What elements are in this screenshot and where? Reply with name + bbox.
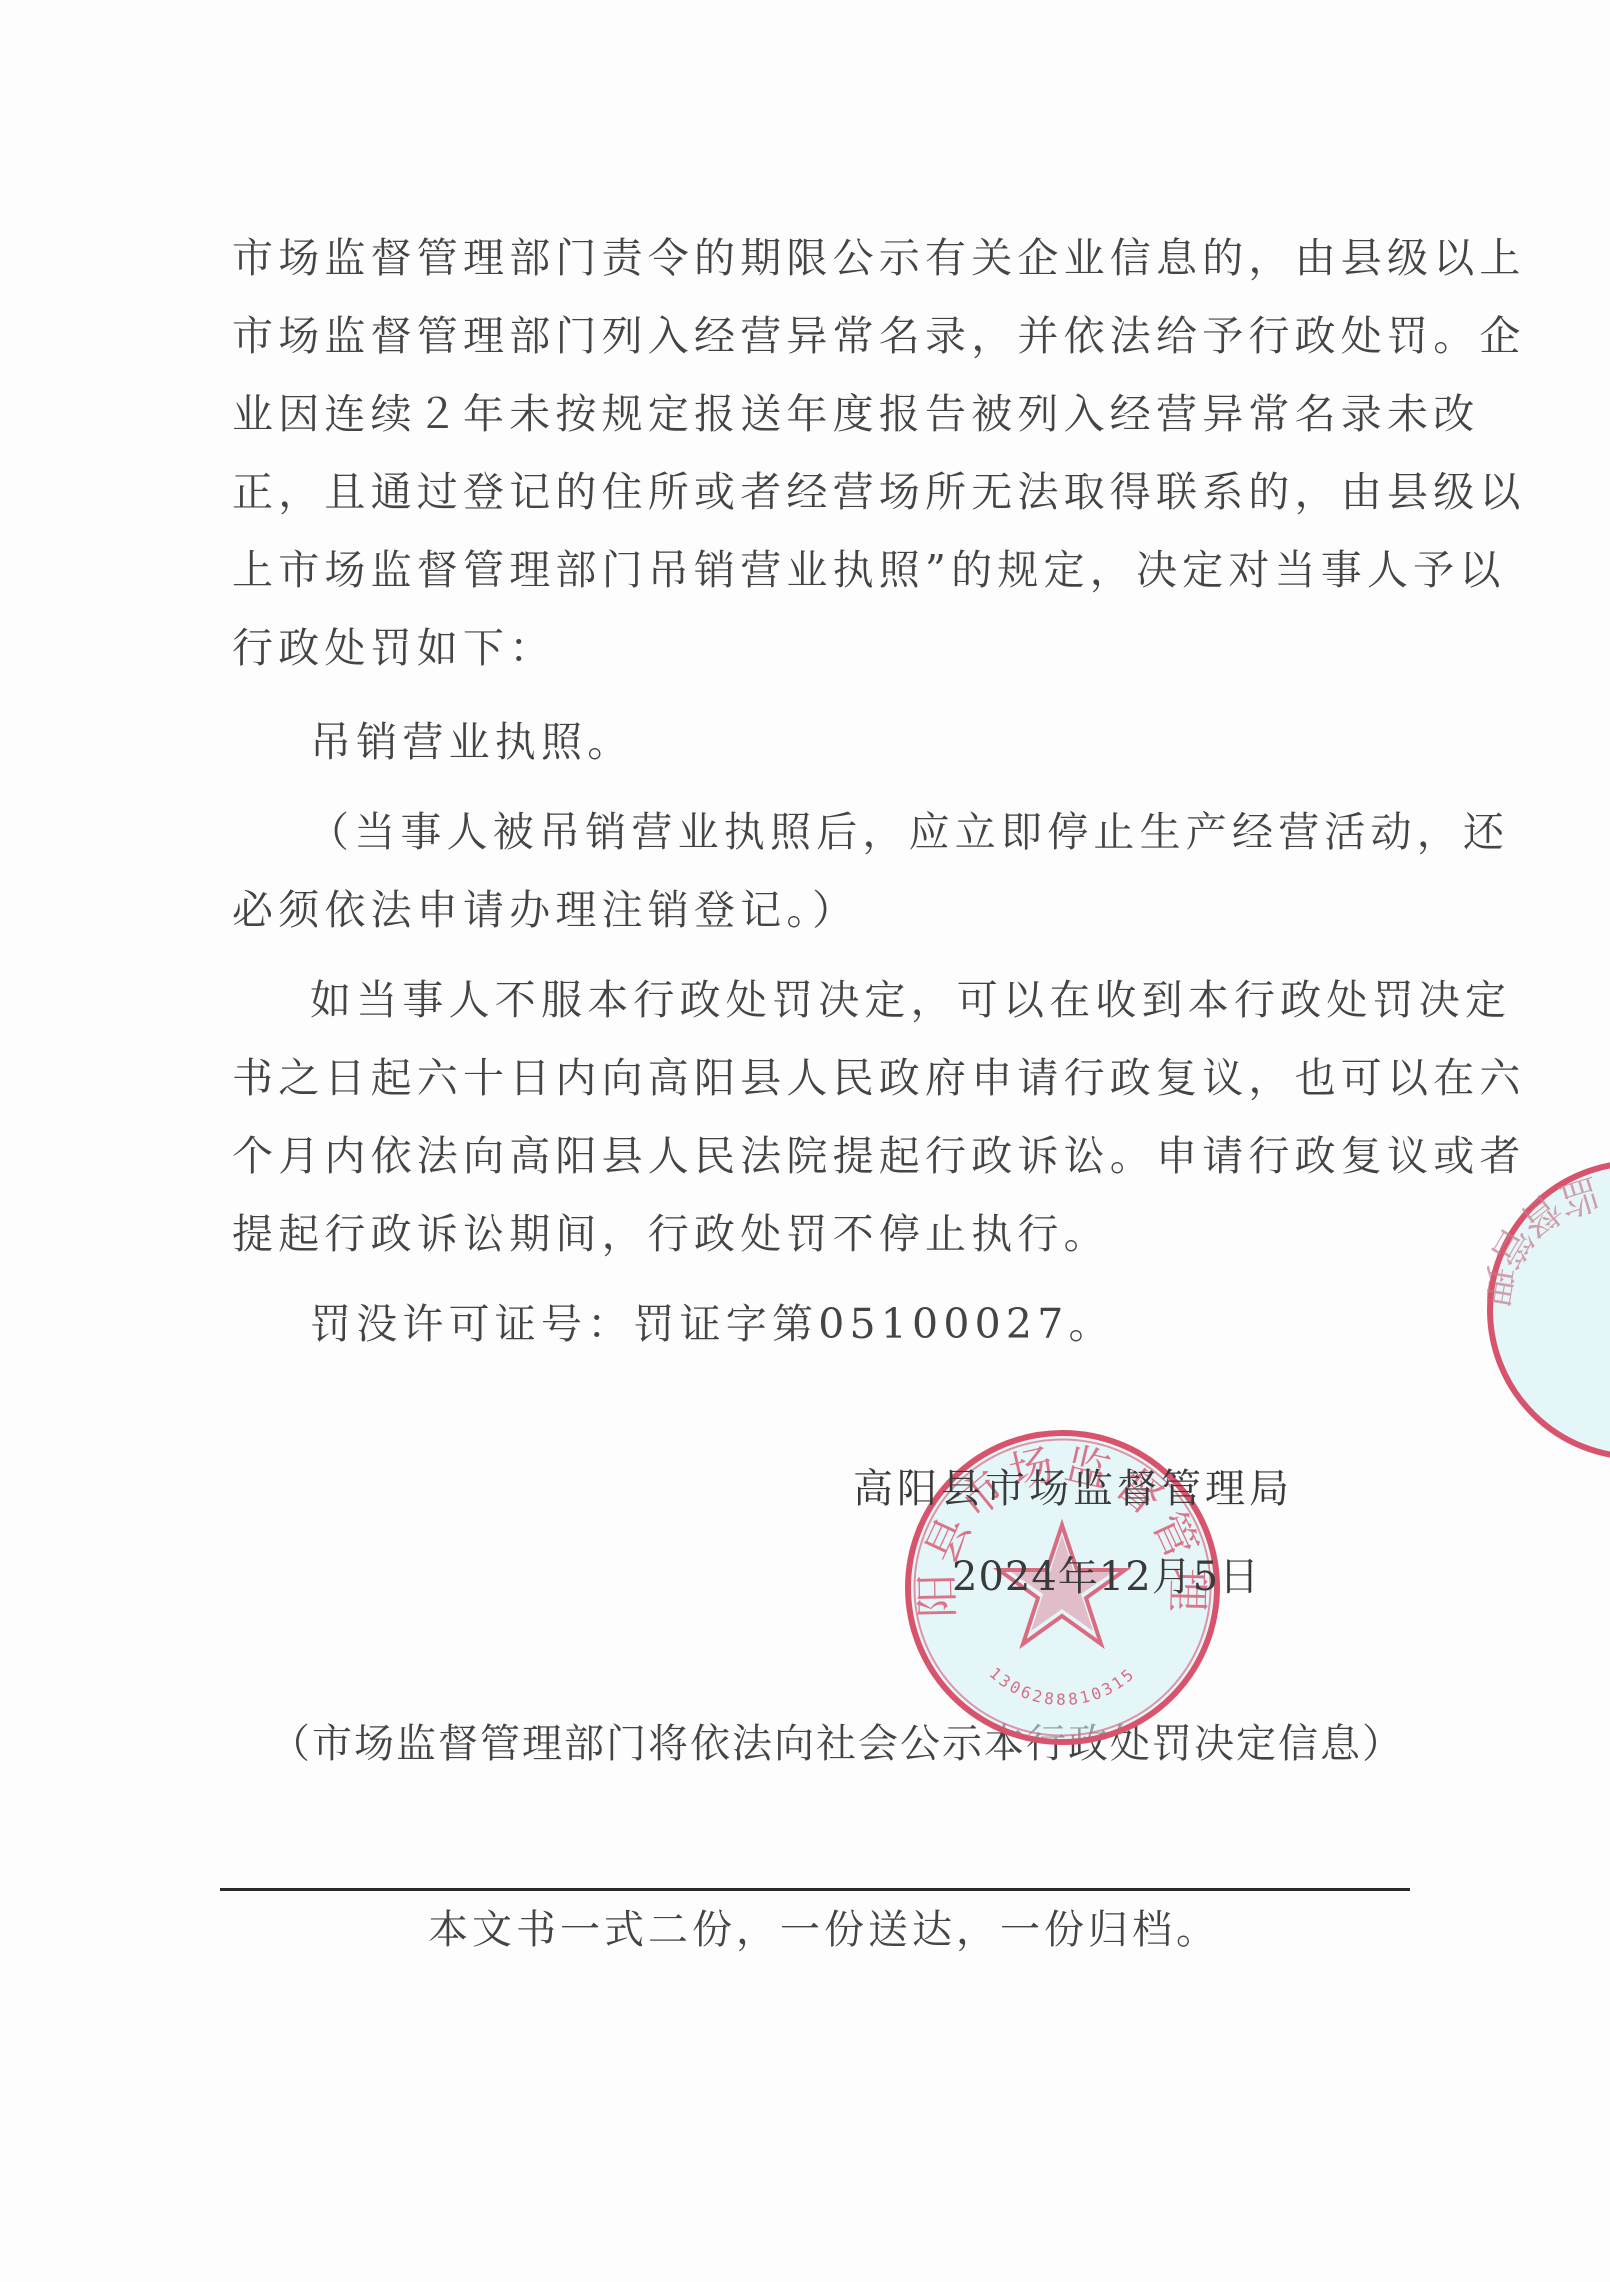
footer-divider (220, 1888, 1410, 1891)
appeal-line-2: 书之日起六十日内向高阳县人民政府申请行政复议，也可以在六 (232, 1048, 1362, 1108)
issue-date: 2024年12月5日 (952, 1545, 1260, 1602)
body-line-3: 业因连续２年未按规定报送年度报告被列入经营异常名录未改 (232, 384, 1362, 444)
svg-text:监督管理: 监督管理 (1487, 1168, 1605, 1317)
permit-number: 罚没许可证号：罚证字第05100027。 (310, 1294, 1362, 1354)
penalty-note-line-2: 必须依法申请办理注销登记。） (232, 880, 1362, 940)
footer-note: 本文书一式二份，一份送达，一份归档。 (428, 1898, 1220, 1955)
penalty-note-line-1: （当事人被吊销营业执照后，应立即停止生产经营活动，还 (308, 802, 1362, 862)
body-line-5: 上市场监督管理部门吊销营业执照”的规定，决定对当事人予以 (232, 540, 1362, 600)
document-page: 市场监督管理部门责令的期限公示有关企业信息的，由县级以上 市场监督管理部门列入经… (0, 0, 1610, 2282)
body-line-1: 市场监督管理部门责令的期限公示有关企业信息的，由县级以上 (232, 228, 1362, 288)
partial-seal-graphic-icon: 监督管理 (1487, 1160, 1610, 1460)
appeal-line-3: 个月内依法向高阳县人民法院提起行政诉讼。申请行政复议或者 (232, 1126, 1362, 1186)
body-line-2: 市场监督管理部门列入经营异常名录，并依法给予行政处罚。企 (232, 306, 1362, 366)
partial-seal: 监督管理 (1487, 1160, 1610, 1460)
issuer-name: 高阳县市场监督管理局 (853, 1457, 1293, 1514)
appeal-line-4: 提起行政诉讼期间，行政处罚不停止执行。 (232, 1204, 1362, 1264)
svg-text:1306288810315: 1306288810315 (986, 1663, 1140, 1709)
body-line-6: 行政处罚如下： (232, 618, 1362, 678)
penalty-text: 吊销营业执照。 (310, 712, 1362, 772)
appeal-line-1: 如当事人不服本行政处罚决定，可以在收到本行政处罚决定 (310, 970, 1362, 1030)
body-line-4: 正，且通过登记的住所或者经营场所无法取得联系的，由县级以 (232, 462, 1362, 522)
public-notice: （市场监督管理部门将依法向社会公示本行政处罚决定信息） (270, 1712, 1404, 1769)
